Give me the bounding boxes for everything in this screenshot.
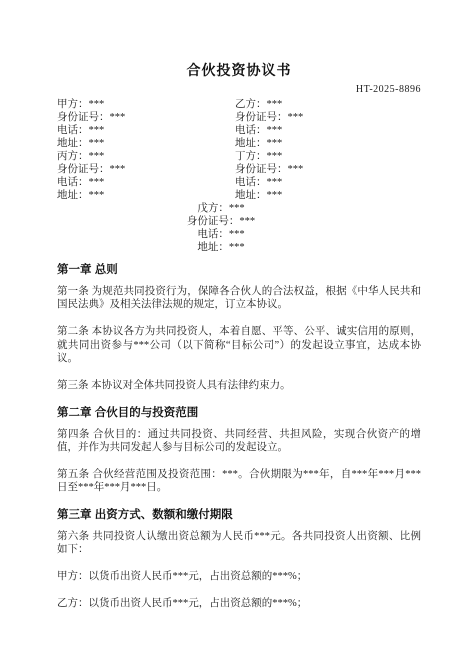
party-name-line: 丙方：*** bbox=[57, 150, 235, 163]
party-id-line: 身份证号：*** bbox=[235, 111, 421, 124]
parties-block-2: 丙方：*** 身份证号：*** 电话：*** 地址：*** 丁方：*** 身份证… bbox=[57, 150, 421, 202]
party-e-info: 戊方：*** 身份证号：*** 电话：*** 地址：*** bbox=[57, 202, 421, 254]
clause-2: 第二条 本协议各方为共同投资人，本着自愿、平等、公平、诚实信用的原则，就共同出资… bbox=[57, 325, 421, 365]
document-page: 合伙投资协议书 HT-2025-8896 甲方：*** 身份证号：*** 电话：… bbox=[0, 0, 463, 655]
party-phone-line: 电话：*** bbox=[57, 228, 385, 241]
party-address-line: 地址：*** bbox=[57, 137, 235, 150]
party-id-line: 身份证号：*** bbox=[57, 215, 385, 228]
clause-3: 第三条 本协议对全体共同投资人具有法律约束力。 bbox=[57, 379, 421, 392]
party-id-line: 身份证号：*** bbox=[235, 163, 421, 176]
contribution-party-b: 乙方：以货币出资人民币***元，占出资总额的***%； bbox=[57, 597, 421, 610]
party-d-info: 丁方：*** 身份证号：*** 电话：*** 地址：*** bbox=[235, 150, 421, 202]
party-address-line: 地址：*** bbox=[57, 241, 385, 254]
party-phone-line: 电话：*** bbox=[235, 124, 421, 137]
party-phone-line: 电话：*** bbox=[57, 176, 235, 189]
document-title: 合伙投资协议书 bbox=[57, 60, 421, 80]
party-id-line: 身份证号：*** bbox=[57, 163, 235, 176]
party-b-info: 乙方：*** 身份证号：*** 电话：*** 地址：*** bbox=[235, 98, 421, 150]
party-phone-line: 电话：*** bbox=[235, 176, 421, 189]
party-name-line: 丁方：*** bbox=[235, 150, 421, 163]
clause-4: 第四条 合伙目的：通过共同投资、共同经营、共担风险，实现合伙资产的增值，并作为共… bbox=[57, 428, 421, 455]
clause-5: 第五条 合伙经营范围及投资范围：***。合伙期限为***年，自***年***月*… bbox=[57, 468, 421, 495]
clause-6: 第六条 共同投资人认缴出资总额为人民币***元。各共同投资人出资额、比例如下： bbox=[57, 530, 421, 557]
party-name-line: 乙方：*** bbox=[235, 98, 421, 111]
parties-block-1: 甲方：*** 身份证号：*** 电话：*** 地址：*** 乙方：*** 身份证… bbox=[57, 98, 421, 150]
chapter-2-heading: 第二章 合伙目的与投资范围 bbox=[57, 406, 421, 421]
party-address-line: 地址：*** bbox=[235, 137, 421, 150]
party-phone-line: 电话：*** bbox=[57, 124, 235, 137]
party-name-line: 戊方：*** bbox=[57, 202, 385, 215]
contribution-party-a: 甲方：以货币出资人民币***元，占出资总额的***%； bbox=[57, 570, 421, 583]
party-name-line: 甲方：*** bbox=[57, 98, 235, 111]
party-id-line: 身份证号：*** bbox=[57, 111, 235, 124]
agreement-body: 第一章 总则 第一条 为规范共同投资行为，保障各合伙人的合法权益，根据《中华人民… bbox=[57, 263, 421, 610]
parties-section: 甲方：*** 身份证号：*** 电话：*** 地址：*** 乙方：*** 身份证… bbox=[57, 98, 421, 254]
party-address-line: 地址：*** bbox=[235, 189, 421, 202]
chapter-1-heading: 第一章 总则 bbox=[57, 263, 421, 278]
party-a-info: 甲方：*** 身份证号：*** 电话：*** 地址：*** bbox=[57, 98, 235, 150]
party-address-line: 地址：*** bbox=[57, 189, 235, 202]
document-number: HT-2025-8896 bbox=[57, 83, 421, 96]
clause-1: 第一条 为规范共同投资行为，保障各合伙人的合法权益，根据《中华人民共和国民法典》… bbox=[57, 285, 421, 312]
chapter-3-heading: 第三章 出资方式、数额和缴付期限 bbox=[57, 508, 421, 523]
party-c-info: 丙方：*** 身份证号：*** 电话：*** 地址：*** bbox=[57, 150, 235, 202]
